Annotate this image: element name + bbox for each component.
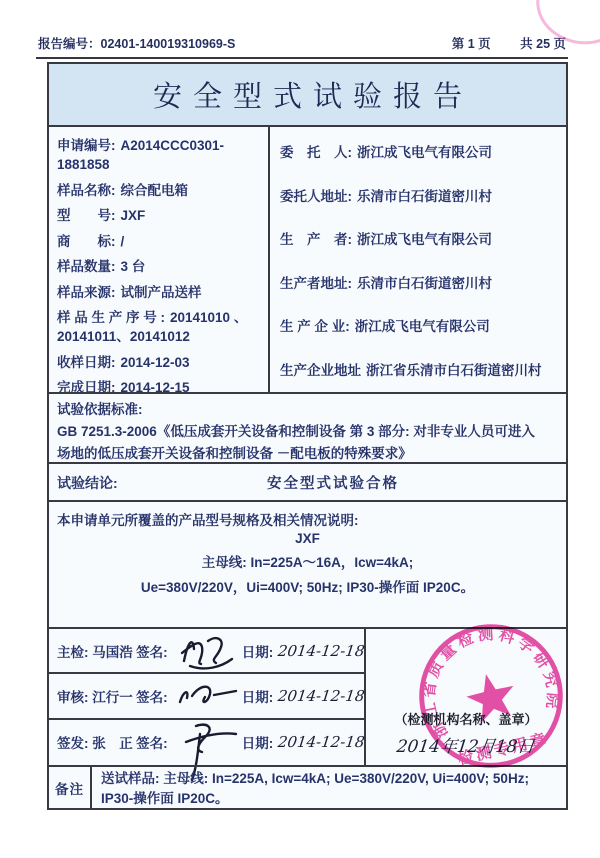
info-row: 型 号:JXF [57,206,262,225]
stamp-date: 2014年12月18日 [366,732,566,757]
signer-name: 马国浩 [92,645,133,660]
info-row: 样品名称:综合配电箱 [57,181,262,200]
title-band: 安全型式试验报告 [49,64,566,125]
page-total: 共 25 页 [520,37,566,51]
coverage-section: 本申请单元所覆盖的产品型号规格及相关情况说明: JXF 主母线: In=225A… [49,500,566,627]
info-right-column: 委 托 人:浙江成飞电气有限公司 委托人地址:乐清市白石街道密川村 生 产 者:… [270,127,566,392]
page-count: 第 1 页 共 25 页 [426,34,566,52]
coverage-heading: 本申请单元所覆盖的产品型号规格及相关情况说明: [49,509,566,529]
info-row: 收样日期:2014-12-03 [57,353,262,372]
conclusion-section: 试验结论: 安全型式试验合格 [49,462,566,500]
header-rule [36,57,568,59]
date-label: 日期: [242,732,278,752]
stamp-cell: 浙江省质量检测科学研究院 检测专用章 （检测机构名称、盖章） 2014年12月1… [366,629,566,765]
signature-rows: 主检: 马国浩 签名: 日期: 2014-12-18 审核: 江行一 签名: 日… [49,629,366,765]
conclusion-value: 安全型式试验合格 [267,472,399,493]
handwritten-stamp-date: 2014年12月18日 [396,732,537,757]
signature-row-reviewer: 审核: 江行一 签名: 日期: 2014-12-18 [49,674,364,719]
signature-row-chief: 主检: 马国浩 签名: 日期: 2014-12-18 [49,629,364,674]
signature-row-issuer: 签发: 张 正 签名: 日期: 2014-12-18 [49,720,364,765]
date-label: 日期: [242,686,278,706]
info-row: 生产企业地址浙江省乐清市白石街道密川村 [280,347,562,391]
stamp-caption: （检测机构名称、盖章） [366,709,566,728]
document-title: 安全型式试验报告 [142,74,473,115]
role-label: 签发: [57,736,89,751]
report-number-value: 02401-140019310969-S [101,37,236,51]
info-row: 委托人地址:乐清市白石街道密川村 [280,173,562,217]
info-row: 申请编号:A2014CCC0301-1881858 [57,136,262,174]
signer-name: 张 正 [92,736,133,751]
info-row: 样品数量:3 台 [57,257,262,276]
info-section: 申请编号:A2014CCC0301-1881858 样品名称:综合配电箱 型 号… [49,125,566,392]
standards-line1: GB 7251.3-2006《低压成套开关设备和控制设备 第 3 部分: 对非专… [57,421,558,443]
signer-name: 江行一 [92,690,133,705]
sign-label: 签名: [136,641,174,661]
coverage-line2: Ue=380V/220V，Ui=400V; 50Hz; IP30-操作面 IP2… [49,576,566,596]
signature-scribble [174,676,240,716]
info-row: 生 产 者:浙江成飞电气有限公司 [280,216,562,260]
page-header: 报告编号：02401-140019310969-S 第 1 页 共 25 页 [38,34,566,52]
info-row: 样 品 生 产 序 号 :20141010 、20141011、20141012 [57,308,262,346]
remark-label: 备注 [49,767,92,808]
info-row: 生 产 企 业:浙江成飞电气有限公司 [280,303,562,347]
report-number: 报告编号：02401-140019310969-S [38,34,235,52]
signature-scribble [174,631,240,671]
info-row: 样品来源:试制产品送样 [57,283,262,302]
handwritten-date: 2014-12-18 [276,642,365,660]
info-left-column: 申请编号:A2014CCC0301-1881858 样品名称:综合配电箱 型 号… [49,127,270,392]
report-page: 报告编号：02401-140019310969-S 第 1 页 共 25 页 安… [0,0,600,858]
coverage-line1: 主母线: In=225A～16A，Icw=4kA; [49,551,566,571]
role-label: 审核: [57,690,89,705]
sign-label: 签名: [136,732,174,752]
report-table: 安全型式试验报告 申请编号:A2014CCC0301-1881858 样品名称:… [47,62,568,810]
sign-label: 签名: [136,686,174,706]
handwritten-date: 2014-12-18 [276,733,365,751]
conclusion-label: 试验结论: [57,473,118,493]
report-number-label: 报告编号： [38,37,101,51]
info-row: 商 标:/ [57,232,262,251]
standards-section: 试验依据标准: GB 7251.3-2006《低压成套开关设备和控制设备 第 3… [49,392,566,462]
date-label: 日期: [242,641,278,661]
info-row: 生产者地址:乐清市白石街道密川村 [280,260,562,304]
page-current: 第 1 页 [452,37,491,51]
info-row: 委 托 人:浙江成飞电气有限公司 [280,129,562,173]
standards-label: 试验依据标准: [57,399,558,421]
coverage-model: JXF [49,531,566,546]
role-label: 主检: [57,645,89,660]
handwritten-date: 2014-12-18 [276,687,365,705]
signature-scribble [174,722,240,762]
signature-section: 主检: 马国浩 签名: 日期: 2014-12-18 审核: 江行一 签名: 日… [49,627,566,765]
